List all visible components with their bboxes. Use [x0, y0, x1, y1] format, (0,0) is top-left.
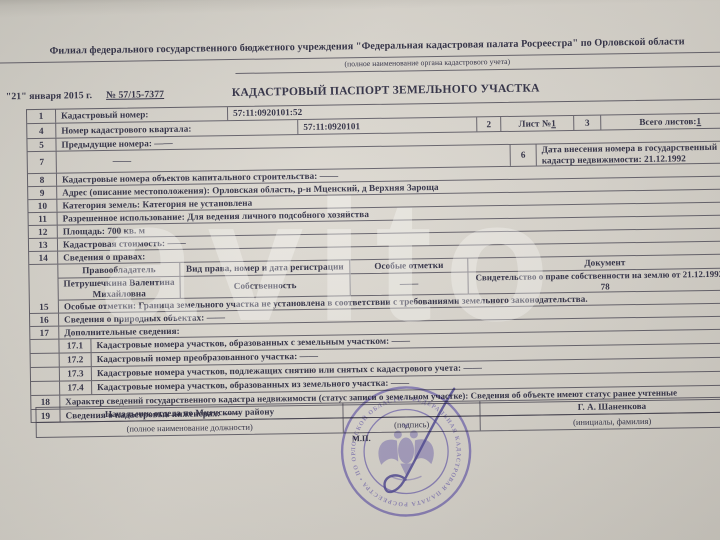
row-value: 57:11:0920101 — [298, 119, 476, 132]
row-index: 1 — [27, 110, 56, 123]
document-title: КАДАСТРОВЫЙ ПАСПОРТ ЗЕМЕЛЬНОГО УЧАСТКА — [0, 79, 720, 103]
name-caption: (инициалы, фамилия) — [481, 412, 720, 430]
row-index: 10 — [28, 200, 57, 212]
sheet-label: Лист № — [519, 118, 552, 129]
row-index: 15 — [30, 301, 59, 313]
total-sheets-label: Всего листов: — [639, 116, 696, 127]
row-index: 2 — [476, 117, 501, 131]
rights-owner: Петрушечкина Валентина Михайловна — [58, 277, 180, 301]
row-index: 8 — [28, 174, 57, 186]
row-index-empty — [31, 354, 60, 367]
total-sheets: Всего листов: 1 — [601, 114, 720, 130]
sub-row-index: 17.4 — [60, 381, 92, 394]
row-index: 9 — [28, 187, 57, 199]
row-index: 6 — [510, 145, 537, 167]
row-index: 11 — [29, 213, 58, 225]
eagle-emblem-icon — [378, 422, 434, 477]
cadastral-passport-page: Филиал федерального государственного бюд… — [0, 0, 720, 540]
row-index: 17 — [30, 327, 59, 339]
row-index: 4 — [27, 124, 56, 138]
row-text: Дата внесения номера в государственный к… — [537, 142, 720, 166]
row-index: 7 — [28, 152, 57, 174]
sheet-value: 1 — [551, 118, 556, 129]
row-index: 13 — [29, 239, 58, 251]
row-index: 5 — [27, 139, 56, 151]
row-index: 16 — [30, 314, 59, 326]
document-photo: Филиал федерального государственного бюд… — [0, 0, 720, 540]
sub-row-index: 17.1 — [59, 339, 91, 352]
row-index-empty — [31, 382, 60, 395]
row-index: 12 — [29, 226, 58, 238]
row-index: 3 — [573, 116, 601, 130]
sheet-number: Лист № 1 — [501, 116, 573, 131]
total-sheets-value: 1 — [696, 116, 701, 127]
rights-right-type: Собственность — [180, 274, 350, 299]
sub-row-index: 17.3 — [60, 367, 92, 380]
round-stamp: • ФЕДЕРАЛЬНАЯ КАДАСТРОВАЯ ПАЛАТА РОСРЕЕС… — [330, 376, 482, 528]
row-label: Кадастровый номер: — [56, 107, 228, 123]
row-index-empty — [30, 340, 59, 353]
sub-row-index: 17.2 — [60, 353, 92, 366]
rights-document: Свидетельство о праве собственности на з… — [468, 269, 720, 295]
rights-marks: —— — [350, 273, 468, 297]
row-index-empty — [31, 368, 60, 381]
cadastral-table: 1 Кадастровый номер: 57:11:0920101:52 4 … — [26, 98, 720, 423]
row-index: 14 — [29, 252, 58, 264]
